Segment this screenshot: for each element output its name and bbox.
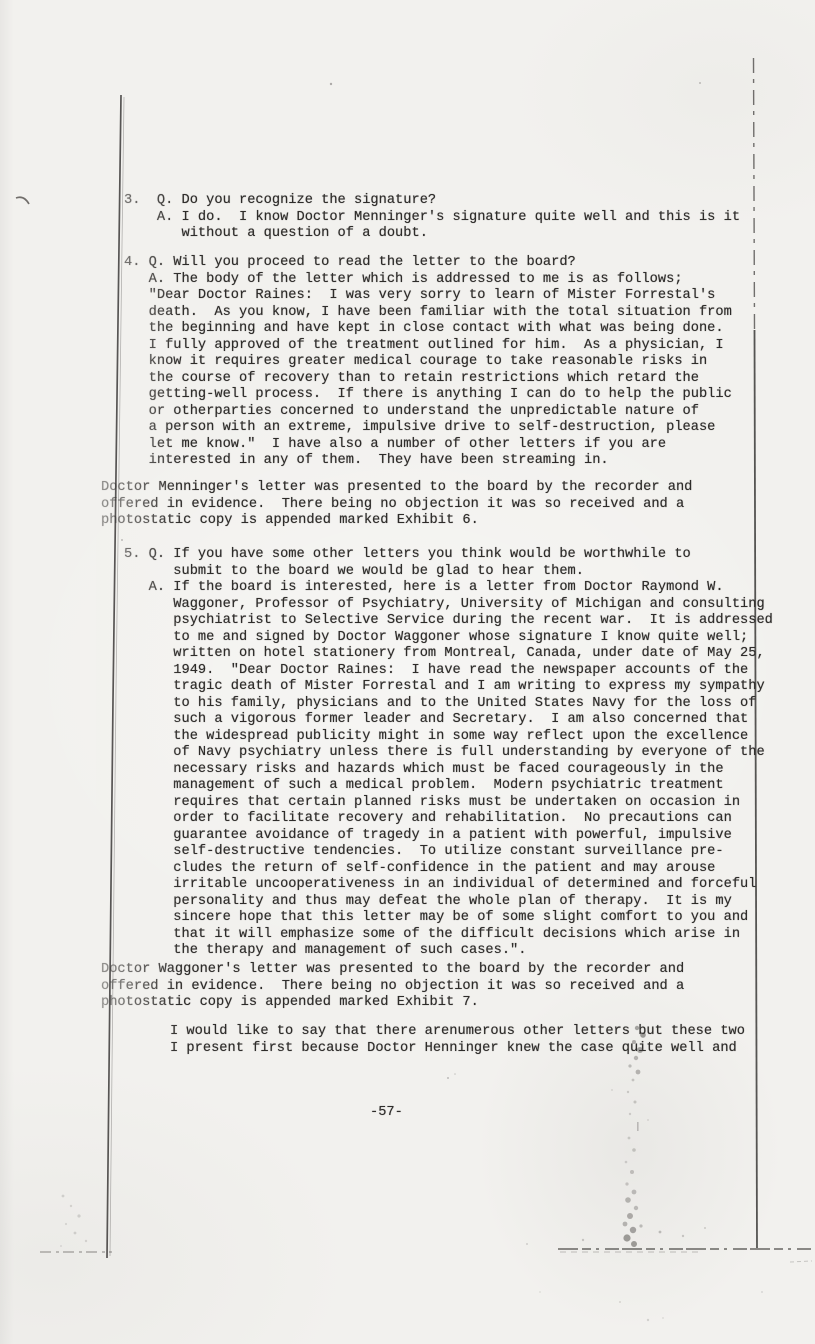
left-margin-rule (107, 95, 124, 1258)
page-number: -57- (370, 1105, 403, 1122)
scanned-document-page: 3. Q. Do you recognize the signature? A.… (0, 0, 815, 1344)
bottom-edge-rule (40, 1249, 814, 1262)
below-edge-specks (539, 1291, 763, 1321)
toner-smudge-streak (526, 1026, 706, 1247)
closing-paragraph: I would like to say that there arenumero… (170, 1024, 745, 1057)
exhibit-6-paragraph: Doctor Menninger's letter was presented … (101, 480, 692, 530)
qa-item-3: 3. Q. Do you recognize the signature? A.… (124, 193, 740, 243)
lower-left-specks (60, 1195, 87, 1247)
exhibit-7-paragraph: Doctor Waggoner's letter was presented t… (101, 962, 684, 1012)
qa-item-4: 4. Q. Will you proceed to read the lette… (124, 255, 732, 470)
qa-item-5: 5. Q. If you have some other letters you… (124, 547, 773, 960)
